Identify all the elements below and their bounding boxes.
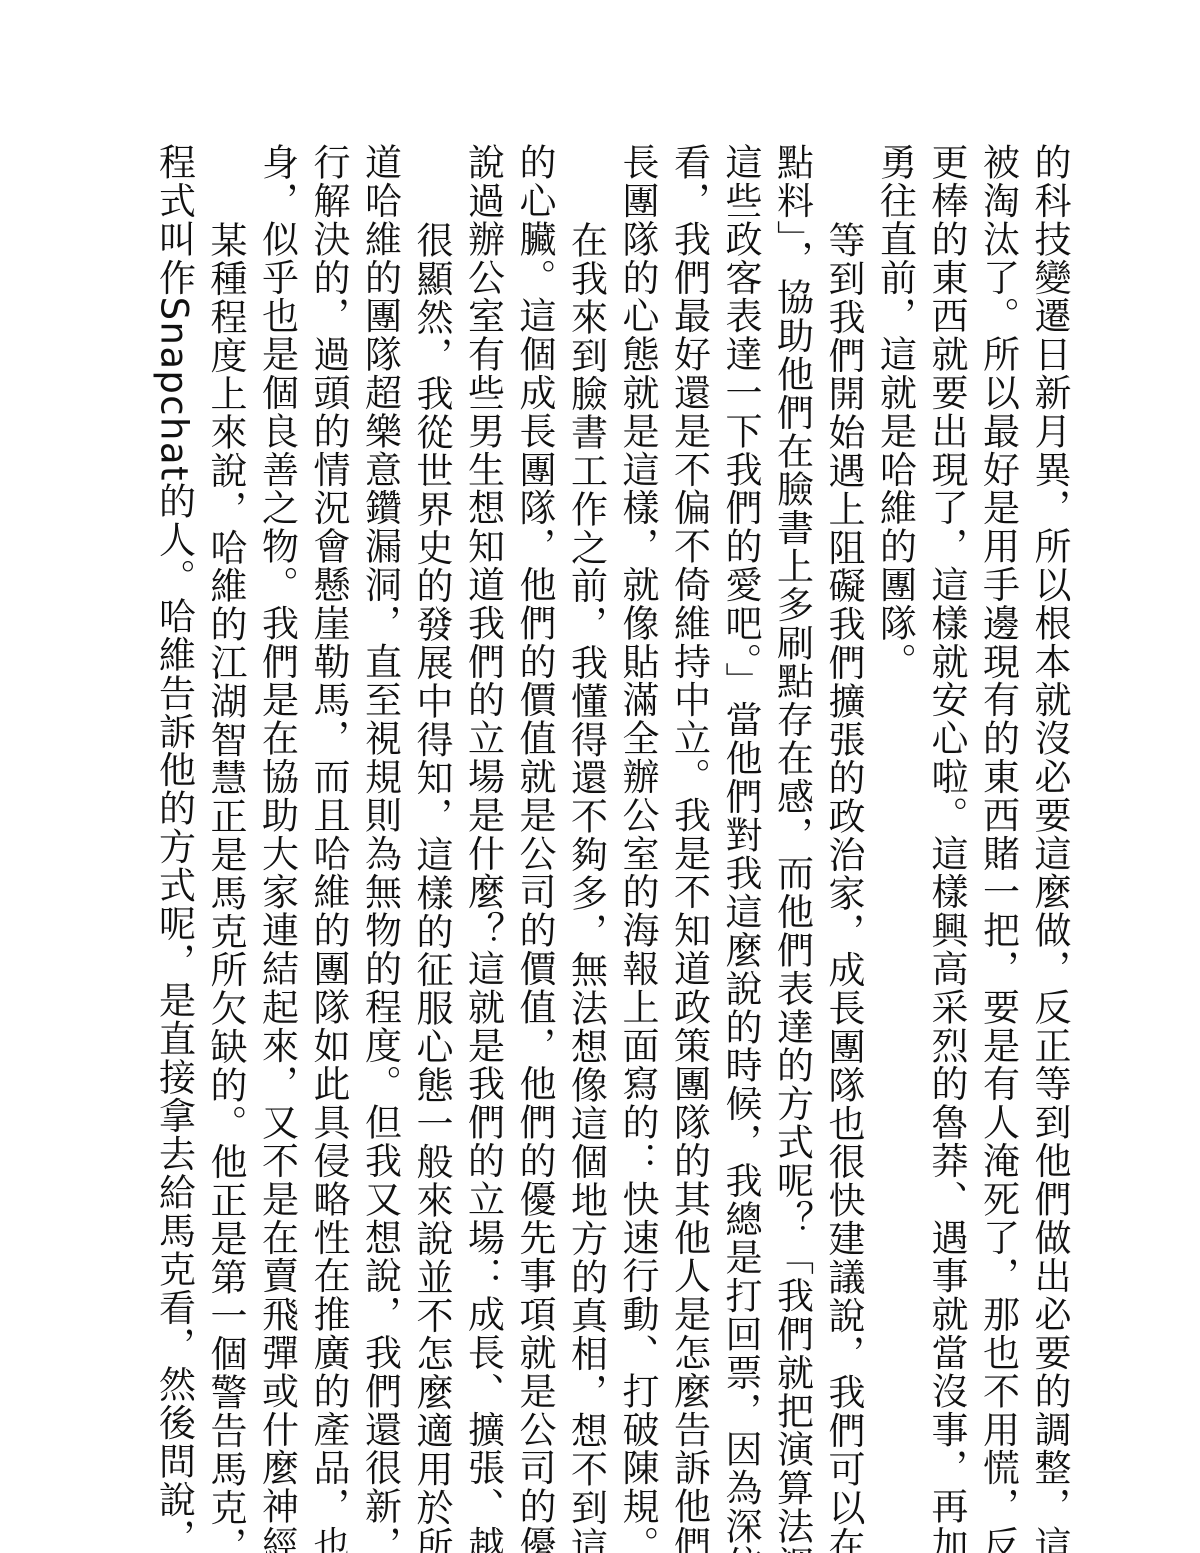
text-column: 的心臟。這個成長團隊，他們的價值就是公司的價值，他們的優先事項就是公司的優先事項… <box>509 143 561 1453</box>
text-column: 道哈維的團隊超樂意鑽漏洞，直至視規則為無物的程度。但我又想說，我們還很新，這個問… <box>354 143 406 1453</box>
text-column: 某種程度上來說，哈維的江湖智慧正是馬克所欠缺的。他正是第一個警告馬克，有款新的應… <box>200 143 252 1453</box>
text-column: 等到我們開始遇上阻礙我們擴張的政治家，成長團隊也很快建議說，我們可以在演算法上「… <box>818 143 870 1453</box>
text-column: 看，我們最好還是不偏不倚維持中立。我是不知道政策團隊的其他人是怎麼告訴他們的啦，… <box>663 143 715 1453</box>
text-column: 說過辦公室有些男生想知道我們的立場是什麼？這就是我們的立場：成長、擴張、越變越大… <box>457 143 509 1453</box>
text-column: 更棒的東西就要出現了，這樣就安心啦。這樣興高采烈的魯莽、遇事就當沒事，再加上從不… <box>921 143 973 1453</box>
text-column: 的科技變遷日新月異，所以根本就沒必要這麼做，反正等到他們做出必要的調整，這些船也… <box>1024 143 1076 1453</box>
text-column: 在我來到臉書工作之前，我懂得還不夠多，無法想像這個地方的真相，想不到這裡就是全公… <box>560 143 612 1453</box>
book-page: 的科技變遷日新月異，所以根本就沒必要這麼做，反正等到他們做出必要的調整，這些船也… <box>0 0 1200 1553</box>
text-column: 點料」，協助他們在臉書上多刷點存在感，而他們表達的方式呢？「我們就把演算法調強一… <box>766 143 818 1453</box>
text-column: 被淘汰了。所以最好是用手邊現有的東西賭一把，要是有人淹死了，那也不用慌，反正你會… <box>972 143 1024 1453</box>
text-column: 行解決的，過頭的情況會懸崖勒馬，而且哈維的團隊如此具侵略性在推廣的產品，也就是臉… <box>303 143 355 1453</box>
text-column: 長團隊的心態就是這樣，就像貼滿全辦公室的海報上面寫的：快速行動、打破陳規。 <box>612 143 664 1453</box>
text-column: 很顯然，我從世界史的發展中得知，這樣的征服心態一般來說並不怎麼適用於所有人，我也… <box>406 143 458 1453</box>
vertical-text-body: 的科技變遷日新月異，所以根本就沒必要這麼做，反正等到他們做出必要的調整，這些船也… <box>148 143 1075 1453</box>
text-column: 身，似乎也是個良善之物。我們是在協助大家連結起來，又不是在賣飛彈或什麼神經毒氣。 <box>251 143 303 1453</box>
text-column: 程式叫作Snapchat的人。哈維告訴他的方式呢，是直接拿去給馬克看，然後問說，… <box>148 143 200 1453</box>
text-column: 勇往直前，這就是哈維的團隊。 <box>869 143 921 1453</box>
text-column: 這些政客表達一下我們的愛吧。」當他們對我這麼說的時候，我總是打回票，因為深信從長… <box>715 143 767 1453</box>
